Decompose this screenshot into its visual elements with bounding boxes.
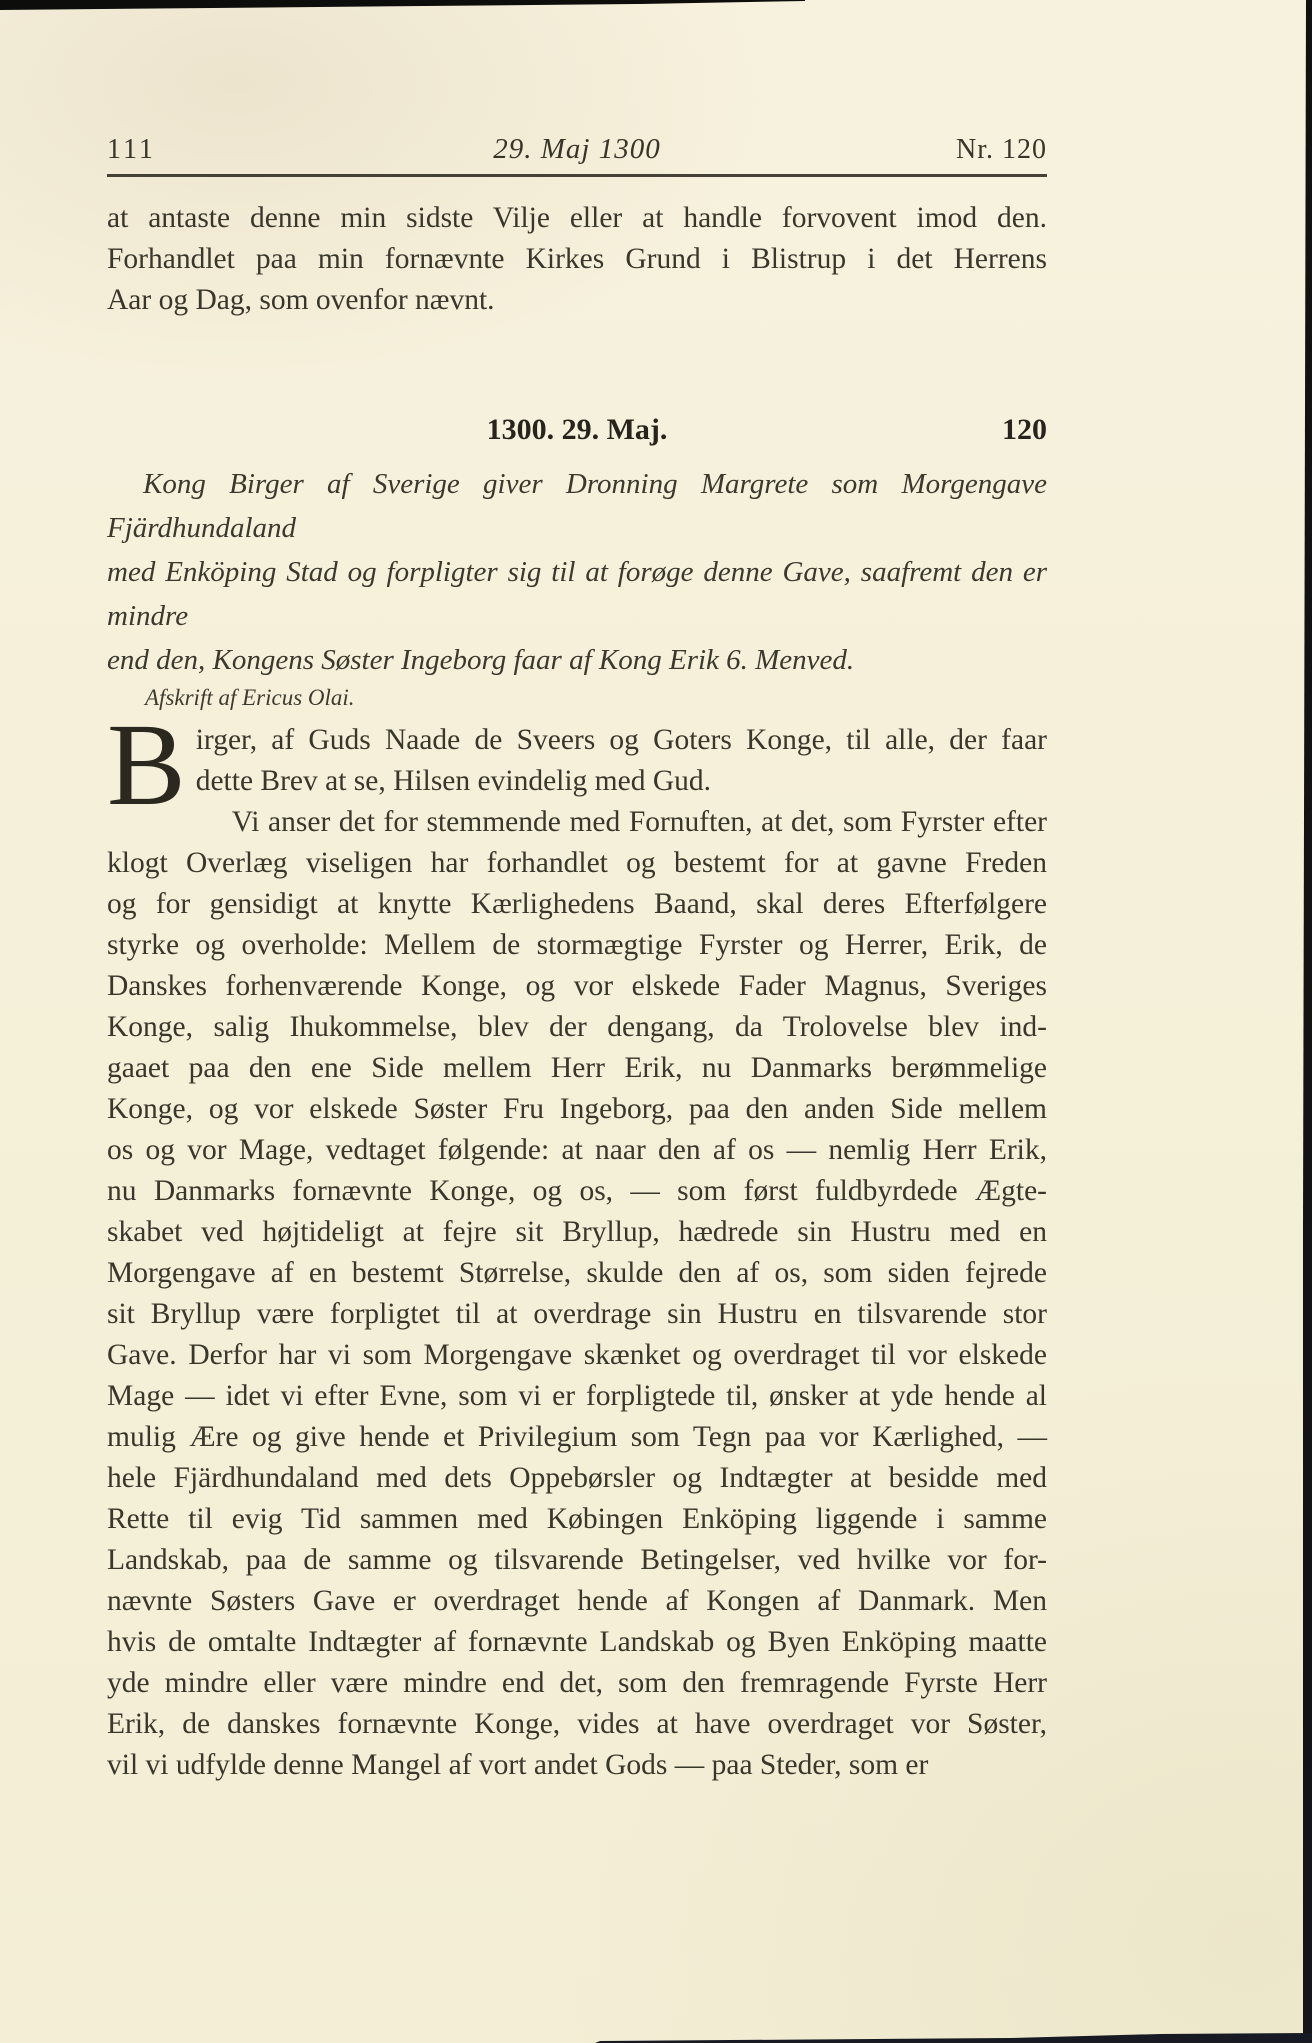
text-line: vil vi udfylde denne Mangel af vort ande… (107, 1745, 1047, 1786)
text-line: Erik, de danskes fornævnte Konge, vides … (107, 1704, 1047, 1745)
text-line: Danskes forhenværende Konge, og vor elsk… (107, 966, 1047, 1007)
text-line: Birger, af Guds Naade de Sveers og Goter… (107, 720, 1047, 761)
running-title: 29. Maj 1300 (493, 132, 660, 166)
running-header: 111 29. Maj 1300 Nr. 120 (107, 0, 1047, 167)
text-line: klogt Overlæg viseligen har forhandlet o… (107, 843, 1047, 884)
entry-heading-number: 120 (1002, 411, 1047, 448)
text-line: Forhandlet paa min fornævnte Kirkes Grun… (107, 239, 1047, 280)
text-line: mulig Ære og give hende et Privilegium s… (107, 1417, 1047, 1458)
text-line: end den, Kongens Søster Ingeborg faar af… (107, 638, 1047, 682)
entry-heading-date: 1300. 29. Maj. (487, 413, 668, 446)
scan-edge-bottom (0, 2033, 1312, 2043)
text-line: med Enköping Stad og forpligter sig til … (107, 550, 1047, 638)
entry-summary: Kong Birger af Sverige giver Dronning Ma… (107, 462, 1047, 682)
header-rule (107, 174, 1047, 177)
text-line: hvis de omtalte Indtægter af fornævnte L… (107, 1622, 1047, 1663)
text-line: at antaste denne min sidste Vilje eller … (107, 198, 1047, 239)
text-line: Aar og Dag, som ovenfor nævnt. (107, 280, 1047, 321)
entry-heading: 1300. 29. Maj. 120 (107, 411, 1047, 448)
text-line: nævnte Søsters Gave er overdraget hende … (107, 1581, 1047, 1622)
text-line: os og vor Mage, vedtaget følgende: at na… (107, 1130, 1047, 1171)
source-note: Afskrift af Ericus Olai. (107, 683, 1047, 713)
text-line: Kong Birger af Sverige giver Dronning Ma… (107, 462, 1047, 550)
text-line: og for gensidigt at knytte Kærlighedens … (107, 884, 1047, 925)
text-line: hele Fjärdhundaland med dets Oppebørsler… (107, 1458, 1047, 1499)
scan-edge-right (1303, 0, 1312, 2043)
text-line: nu Danmarks fornævnte Konge, og os, — so… (107, 1171, 1047, 1212)
entry-body-main: Vi anser det for stemmende med Fornuften… (107, 802, 1047, 1786)
text-line: skabet ved højtideligt at fejre sit Bryl… (107, 1212, 1047, 1253)
text-line: Landskab, paa de samme og tilsvarende Be… (107, 1540, 1047, 1581)
text-line: dette Brev at se, Hilsen evindelig med G… (107, 761, 1047, 802)
text-line: Mage — idet vi efter Evne, som vi er for… (107, 1376, 1047, 1417)
text-line: Konge, og vor elskede Søster Fru Ingebor… (107, 1089, 1047, 1130)
scanned-book-page: 111 29. Maj 1300 Nr. 120 at antaste denn… (0, 0, 1312, 2043)
text-line: yde mindre eller være mindre end det, so… (107, 1663, 1047, 1704)
drop-cap: B (107, 724, 186, 806)
page-number: 111 (107, 133, 156, 167)
text-line: Morgengave af en bestemt Størrelse, skul… (107, 1253, 1047, 1294)
entry-body-opening: Birger, af Guds Naade de Sveers og Goter… (107, 720, 1047, 802)
text-line: Rette til evig Tid sammen med Købingen E… (107, 1499, 1047, 1540)
text-line: styrke og overholde: Mellem de stormægti… (107, 925, 1047, 966)
text-line: gaaet paa den ene Side mellem Herr Erik,… (107, 1048, 1047, 1089)
text-block: 111 29. Maj 1300 Nr. 120 at antaste denn… (107, 0, 1047, 1786)
text-line: Gave. Derfor har vi som Morgengave skænk… (107, 1335, 1047, 1376)
text-line: Konge, salig Ihukommelse, blev der denga… (107, 1007, 1047, 1048)
text-line: sit Bryllup være forpligtet til at overd… (107, 1294, 1047, 1335)
text-line: Vi anser det for stemmende med Fornuften… (107, 802, 1047, 843)
continuation-paragraph: at antaste denne min sidste Vilje eller … (107, 198, 1047, 321)
document-ref: Nr. 120 (956, 133, 1047, 167)
